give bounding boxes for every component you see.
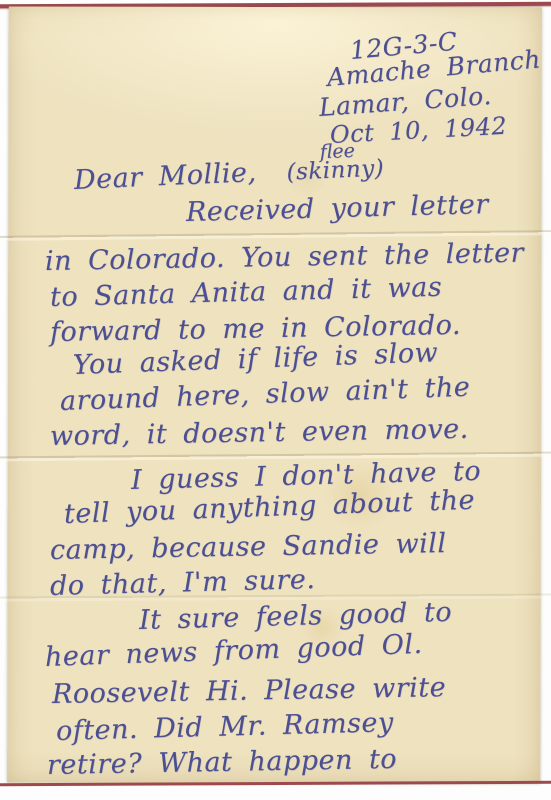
body-line-15: often. Did Mr. Ramsey [56, 707, 394, 747]
nickname-inserted-word: flee [319, 140, 355, 164]
body-line-1: Received your letter [186, 189, 489, 228]
scanned-letter: 12G-3-C Amache Branch Lamar, Colo. Oct 1… [0, 0, 551, 800]
salutation-text: Dear Mollie, [73, 157, 257, 196]
body-line-16: retire? What happen to [47, 744, 398, 781]
body-line-13: hear news from good Ol. [44, 629, 423, 673]
nickname-annotation: (skinnyflee) [286, 155, 385, 185]
nickname-close: ) [374, 155, 385, 181]
body-line-10: camp, because Sandie will [50, 528, 447, 566]
body-line-14: Roosevelt Hi. Please write [52, 672, 447, 710]
body-line-7: word, it doesn't even move. [50, 414, 469, 452]
handwriting-layer: 12G-3-C Amache Branch Lamar, Colo. Oct 1… [0, 0, 551, 800]
body-line-9: tell you anything about the [63, 485, 475, 530]
body-line-3: to Santa Anita and it was [50, 272, 443, 313]
body-line-11: do that, I'm sure. [50, 564, 316, 602]
body-line-2: in Colorado. You sent the letter [45, 238, 524, 277]
salutation: Dear Mollie, (skinnyflee) [73, 151, 384, 196]
